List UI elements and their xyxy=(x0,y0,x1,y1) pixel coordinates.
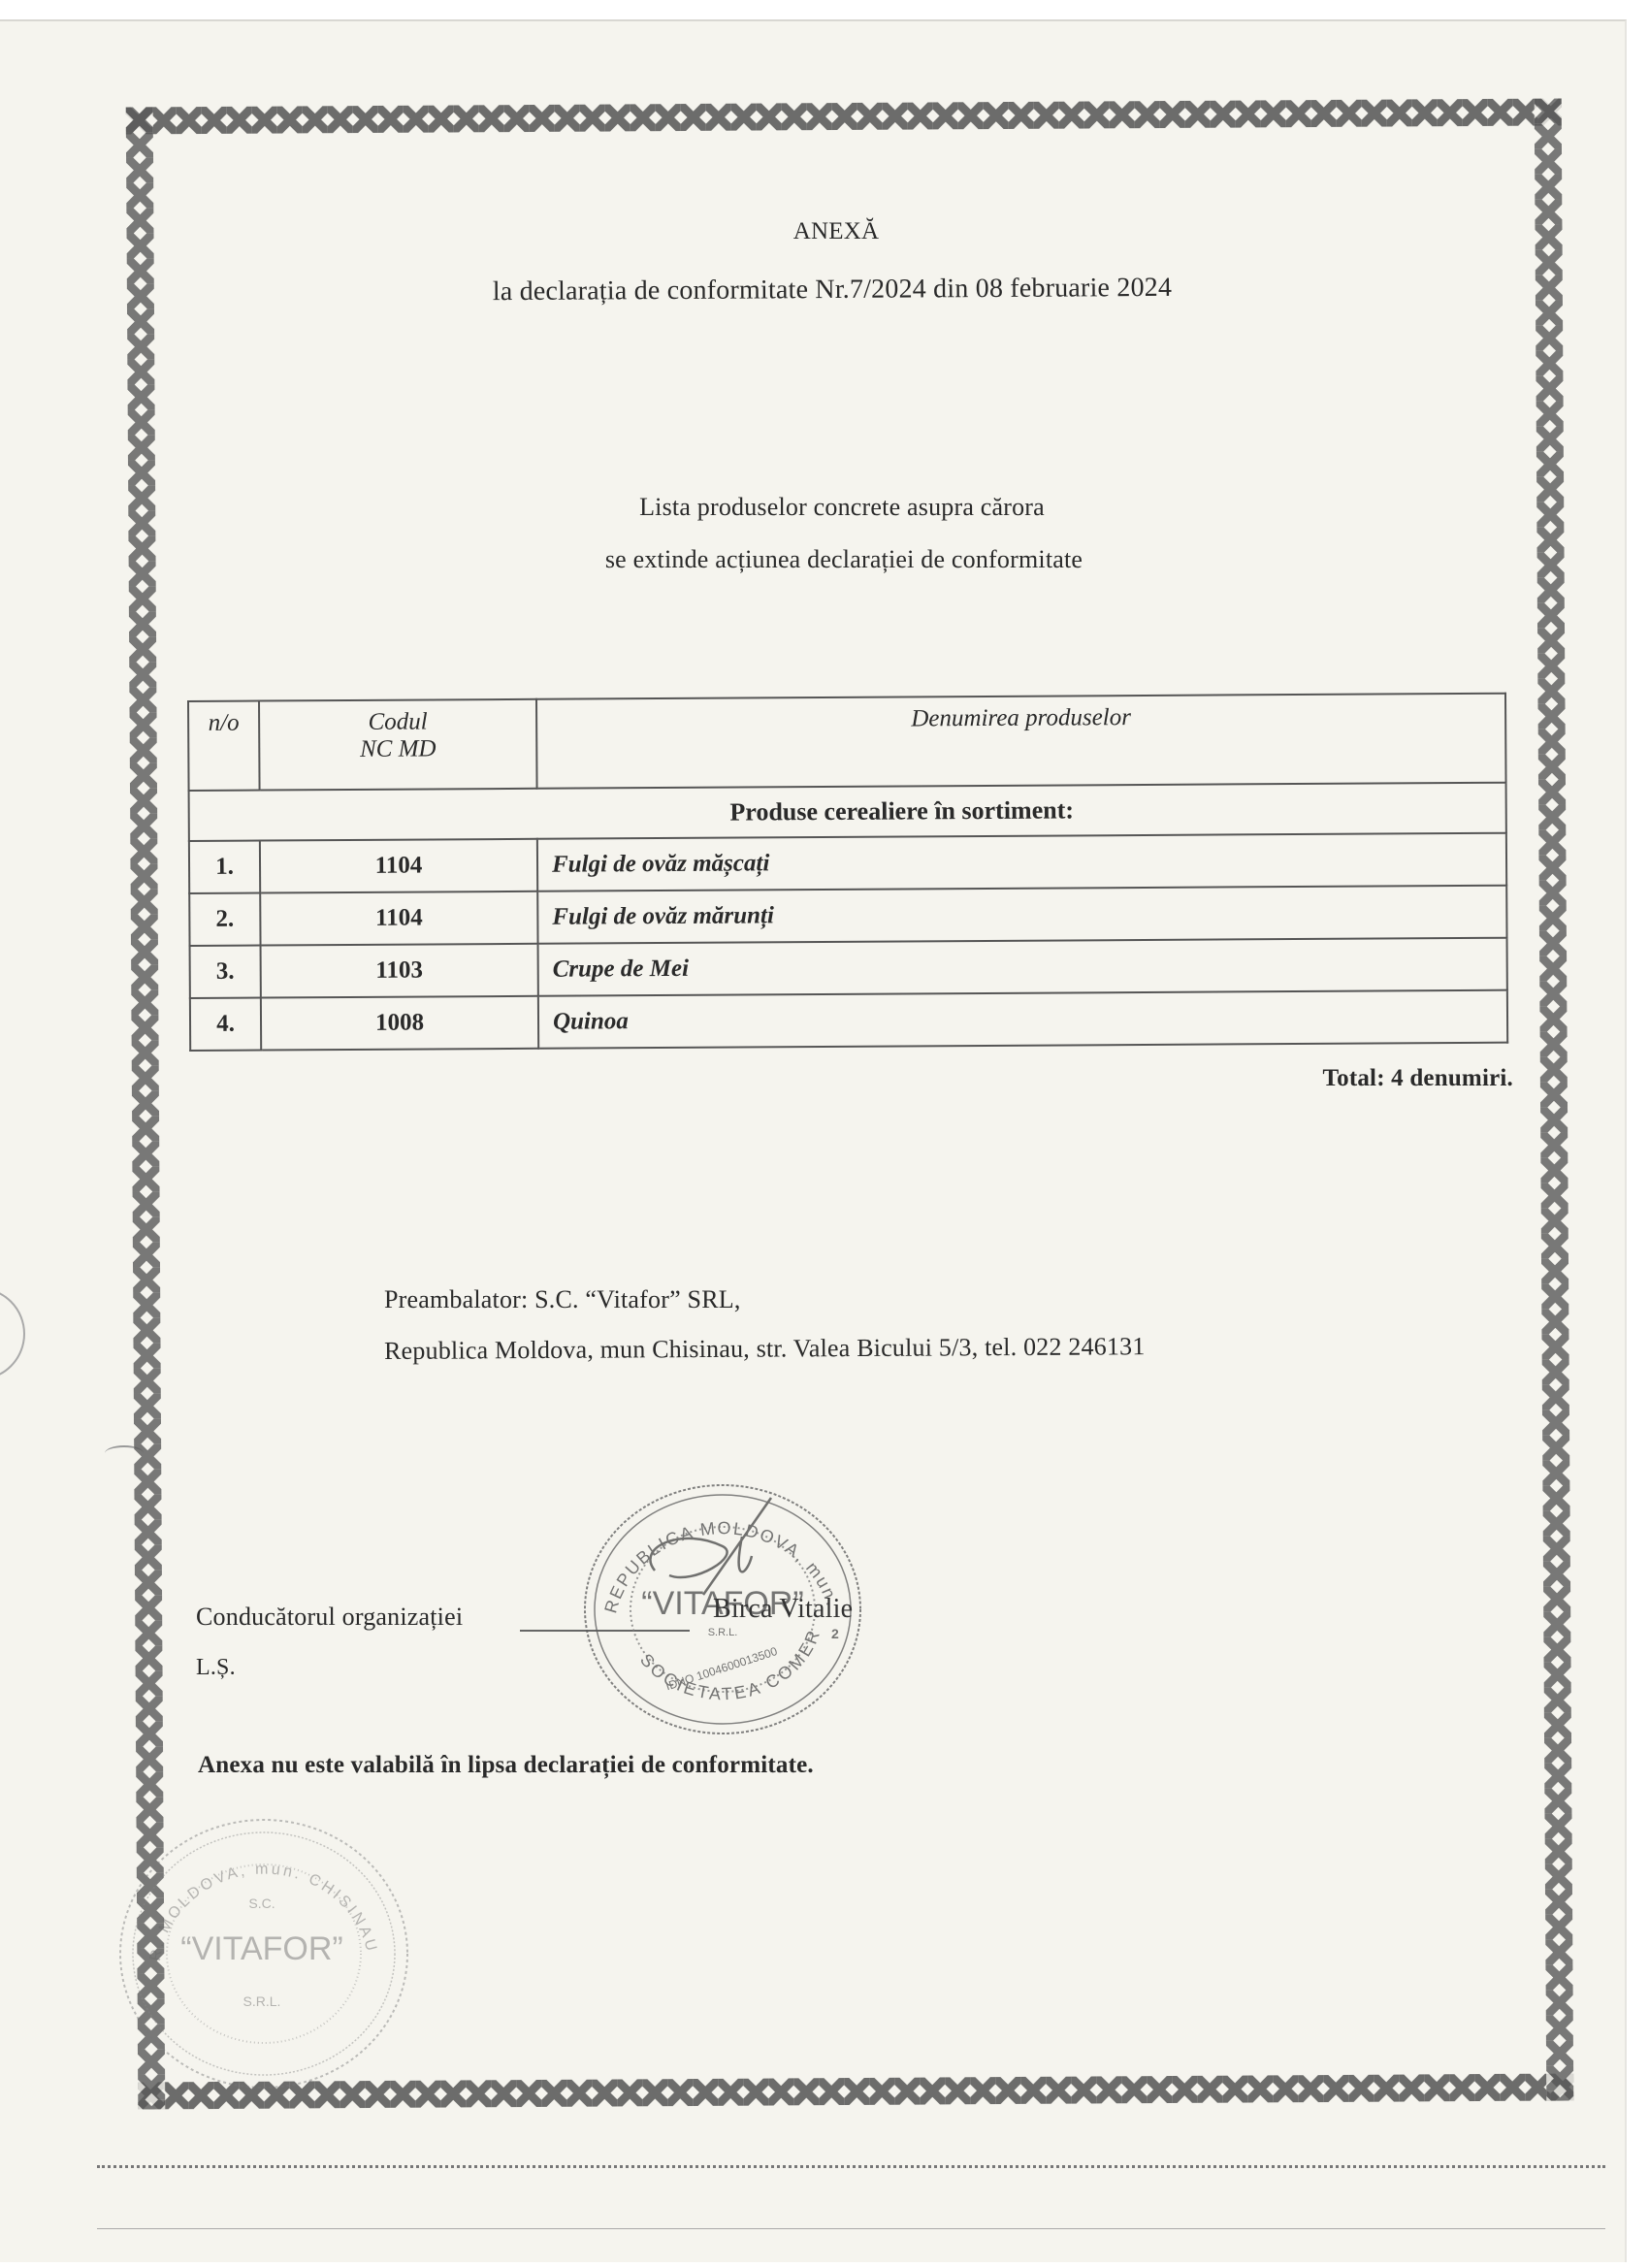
packager-line1: Preambalator: S.C. “Vitafor” SRL, xyxy=(384,1285,741,1314)
list-heading-line1: Lista produselor concrete asupra cărora xyxy=(17,493,1649,522)
footer-rule-dotted xyxy=(97,2165,1605,2168)
row-name: Fulgi de ovăz mărunți xyxy=(537,886,1506,944)
header-no: n/o xyxy=(188,701,260,791)
row-no: 3. xyxy=(190,946,261,998)
table-row: 3. 1103 Crupe de Mei xyxy=(190,938,1507,998)
stamp-secondary-top: S.C. xyxy=(248,1895,275,1911)
decorative-frame xyxy=(126,98,1574,2109)
stamp-main-number: 2 xyxy=(831,1626,839,1641)
row-no: 2. xyxy=(189,893,260,946)
table-row: 1. 1104 Fulgi de ovăz mășcați xyxy=(189,833,1506,893)
row-name: Fulgi de ovăz mășcați xyxy=(537,833,1506,891)
row-name: Crupe de Mei xyxy=(538,938,1507,996)
stamp-secondary-center: “VITAFOR” xyxy=(180,1930,342,1967)
row-code: 1103 xyxy=(261,944,538,998)
stamp-secondary-graphic: R. MOLDOVA, mun. CHISINAU S.C. “VITAFOR”… xyxy=(116,1816,412,2092)
ls-label: L.Ș. xyxy=(196,1655,236,1681)
validity-note: Anexa nu este valabilă în lipsa declaraț… xyxy=(198,1752,814,1779)
header-code: Codul NC MD xyxy=(259,699,537,791)
products-table-wrapper: n/o Codul NC MD Denumirea produselor Pro… xyxy=(187,693,1508,1052)
row-no: 1. xyxy=(189,841,260,893)
row-code: 1104 xyxy=(260,891,537,946)
table-row: 4. 1008 Quinoa xyxy=(190,990,1507,1051)
stamp-secondary-sub: S.R.L. xyxy=(243,1993,281,2009)
row-name: Quinoa xyxy=(538,990,1507,1049)
footer-rule xyxy=(97,2228,1605,2229)
table-row: 2. 1104 Fulgi de ovăz mărunți xyxy=(189,886,1506,946)
document-title: ANEXĂ xyxy=(12,218,1649,245)
header-code-line1: Codul xyxy=(268,708,528,737)
company-stamp-secondary: R. MOLDOVA, mun. CHISINAU S.C. “VITAFOR”… xyxy=(116,1816,412,2092)
row-code: 1104 xyxy=(260,839,537,893)
header-name: Denumirea produselor xyxy=(536,694,1506,789)
punch-hole-mark xyxy=(0,1287,25,1380)
signer-name: Birca Vitalie xyxy=(713,1594,853,1625)
table-header-row: n/o Codul NC MD Denumirea produselor xyxy=(188,694,1506,791)
table-total: Total: 4 denumiri. xyxy=(1323,1065,1513,1092)
row-code: 1008 xyxy=(261,996,538,1051)
header-code-line2: NC MD xyxy=(268,735,528,764)
list-heading-line2: se extinde acțiunea declarației de confo… xyxy=(19,545,1649,574)
packager-line2: Republica Moldova, mun Chisinau, str. Va… xyxy=(384,1332,1146,1366)
stamp-main-sub: S.R.L. xyxy=(708,1627,738,1638)
table-group-row: Produse cerealiere în sortiment: xyxy=(189,783,1506,841)
products-table: n/o Codul NC MD Denumirea produselor Pro… xyxy=(187,693,1508,1052)
row-no: 4. xyxy=(190,998,261,1051)
group-label: Produse cerealiere în sortiment: xyxy=(189,783,1506,841)
signature-label: Conducătorul organizației xyxy=(196,1603,463,1632)
